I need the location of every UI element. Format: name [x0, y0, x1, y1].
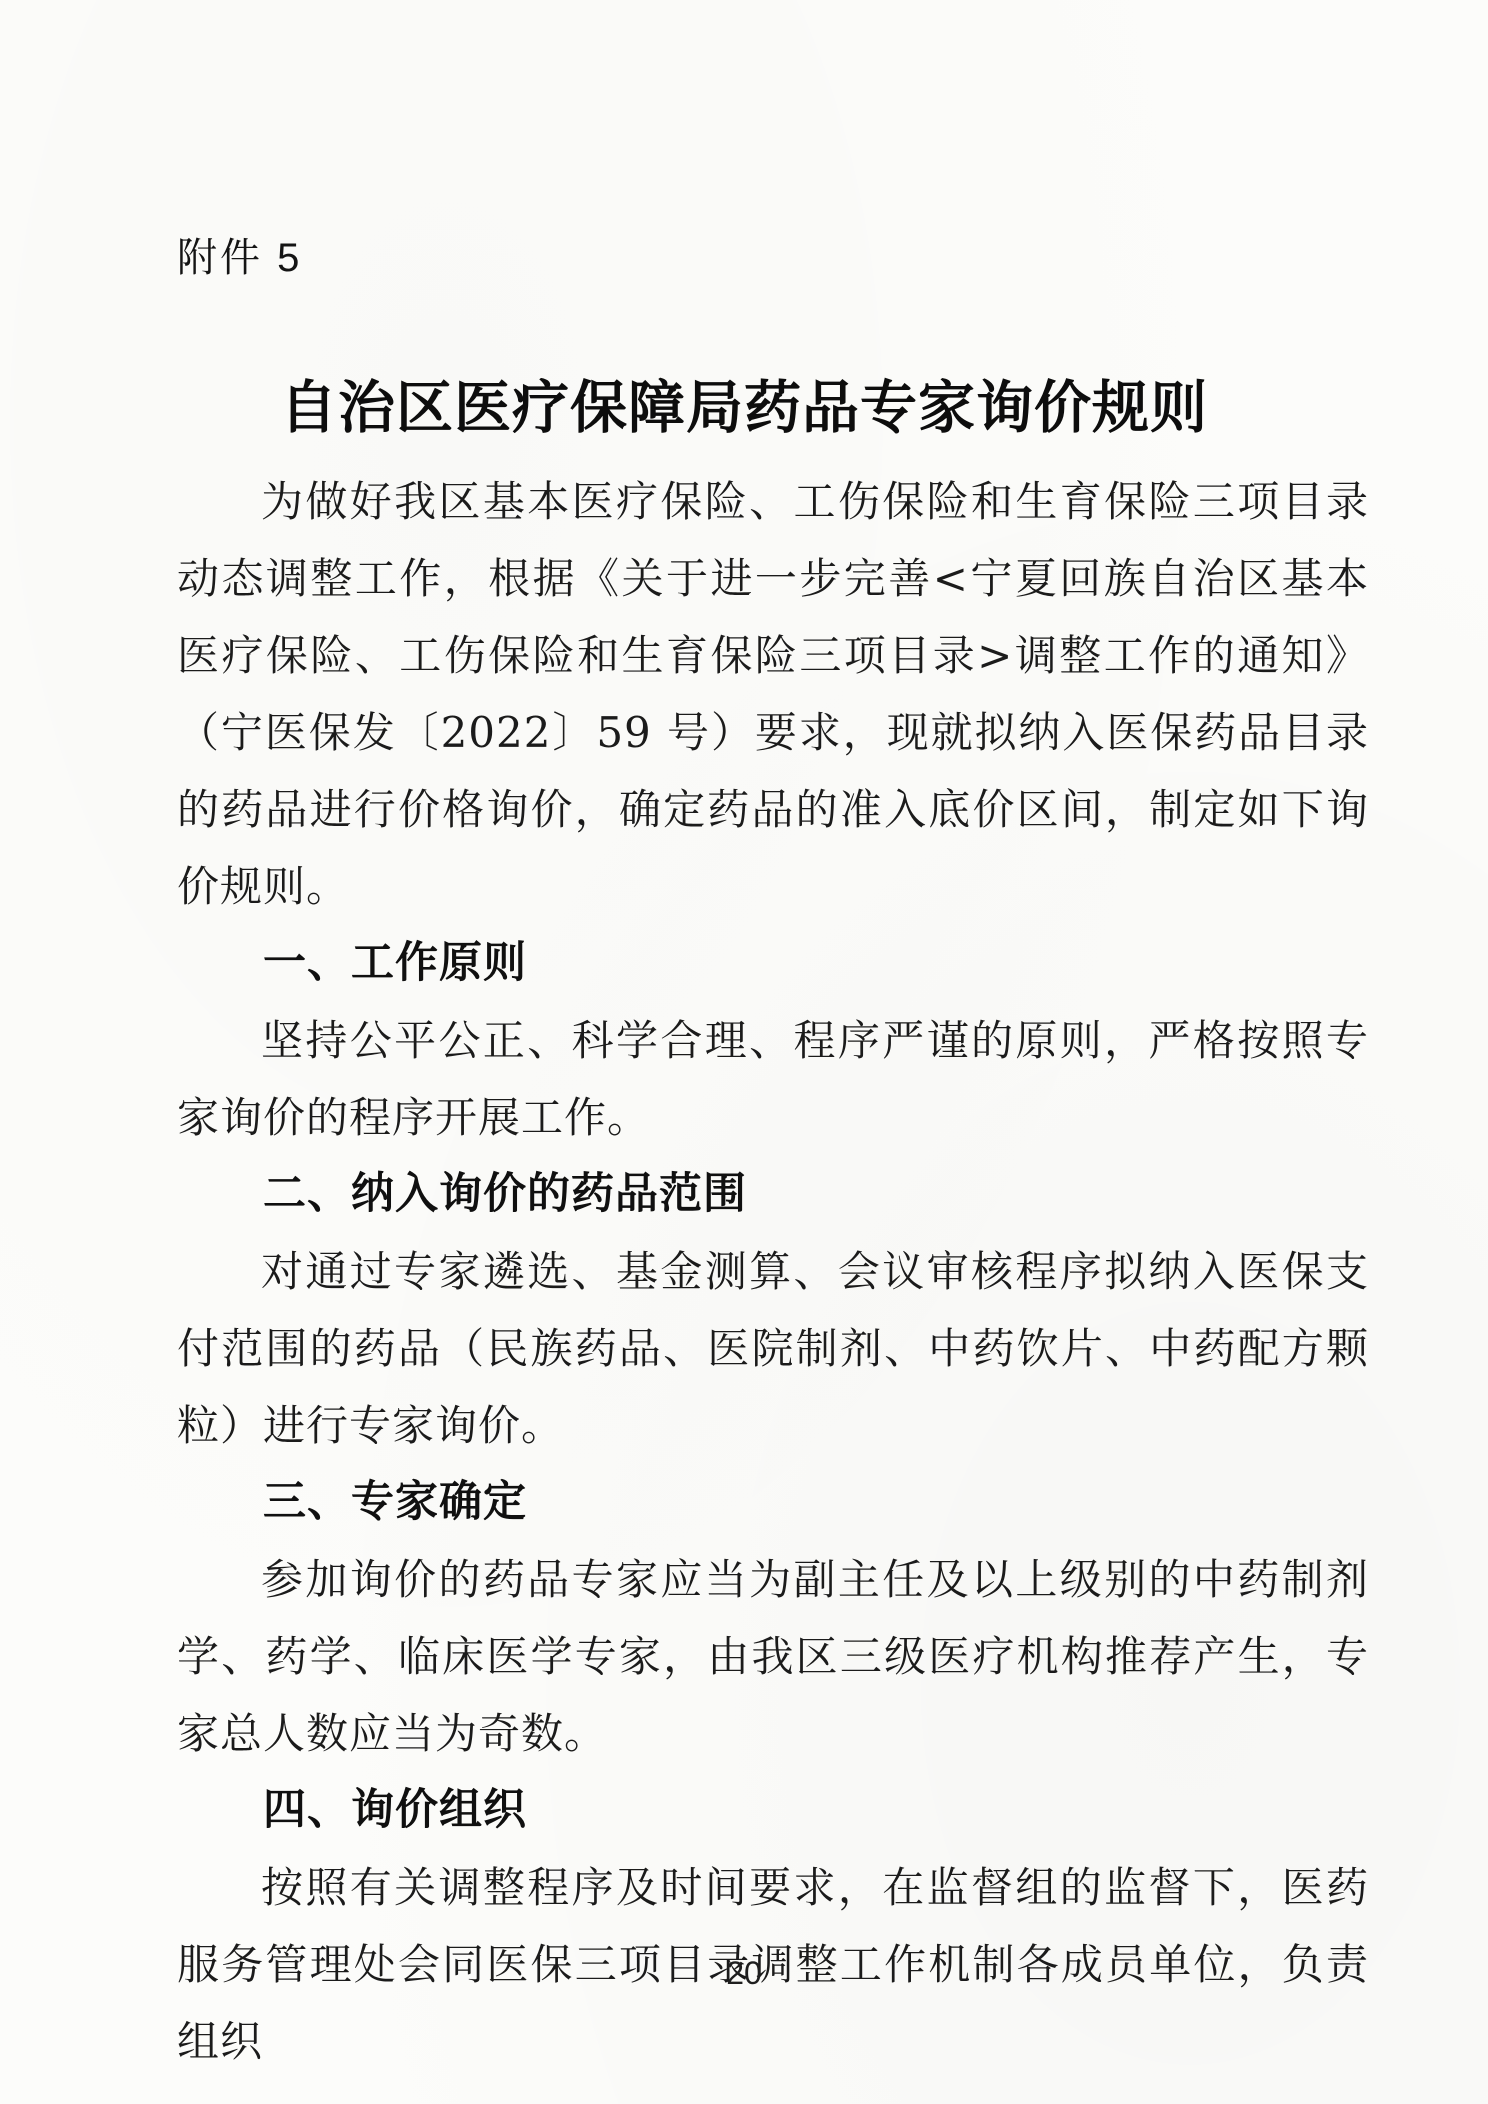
section-heading-drug-scope: 二、纳入询价的药品范围 — [177, 1156, 1369, 1233]
section-heading-expert-determination: 三、专家确定 — [177, 1464, 1369, 1541]
section-heading-work-principles: 一、工作原则 — [177, 925, 1369, 1002]
section-paragraph-drug-scope: 对通过专家遴选、基金测算、会议审核程序拟纳入医保支付范围的药品（民族药品、医院制… — [177, 1233, 1369, 1464]
section-heading-inquiry-organization: 四、询价组织 — [177, 1772, 1369, 1849]
attachment-label: 附件 5 — [177, 226, 302, 283]
section-paragraph-work-principles: 坚持公平公正、科学合理、程序严谨的原则，严格按照专家询价的程序开展工作。 — [177, 1002, 1369, 1156]
section-paragraph-expert-determination: 参加询价的药品专家应当为副主任及以上级别的中药制剂学、药学、临床医学专家，由我区… — [177, 1541, 1369, 1772]
document-body: 为做好我区基本医疗保险、工伤保险和生育保险三项目录动态调整工作，根据《关于进一步… — [177, 463, 1369, 2080]
document-title: 自治区医疗保障局药品专家询价规则 — [0, 362, 1488, 444]
intro-paragraph: 为做好我区基本医疗保险、工伤保险和生育保险三项目录动态调整工作，根据《关于进一步… — [177, 463, 1369, 925]
page-number: 20 — [0, 1955, 1488, 1992]
